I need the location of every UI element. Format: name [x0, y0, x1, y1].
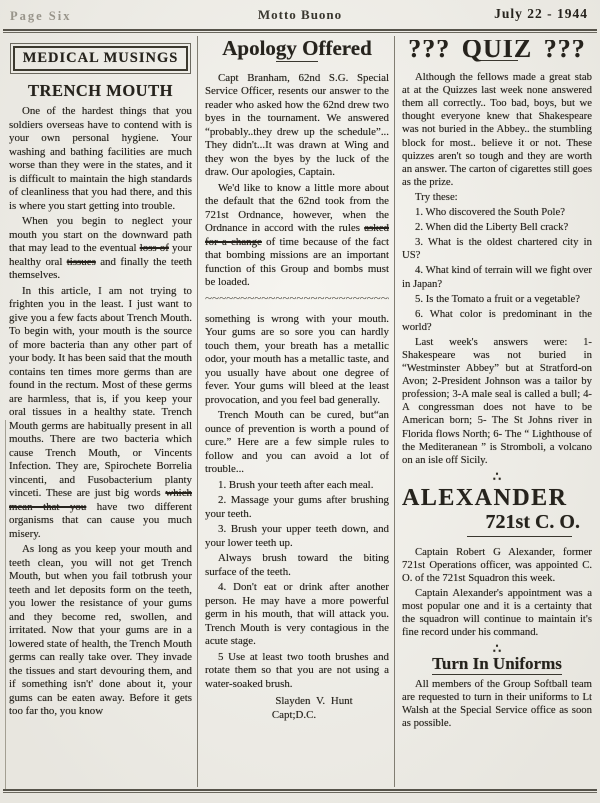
paragraph: 1. Who discovered the South Pole?	[402, 206, 592, 219]
paragraph: Trench Mouth can be cured, but“an ounce …	[205, 409, 389, 477]
newspaper-page: Page Six Motto Buono July 22 - 1944 MEDI…	[0, 0, 600, 803]
paragraph: 2. Massage your gums after brushing your…	[205, 494, 389, 521]
paragraph: 5. Is the Tomato a fruit or a vegetable?	[402, 293, 592, 306]
issue-date: July 22 - 1944	[494, 6, 588, 22]
paragraph: 4. Don't eat or drink after another pers…	[205, 581, 389, 649]
article-title: Apology Offered	[205, 42, 389, 56]
paragraph: Capt Branham, 62nd S.G. Special Service …	[205, 72, 389, 180]
paragraph: Captain Robert G Alexander, former 721st…	[402, 546, 592, 585]
paragraph: As long as you keep your mouth and teeth…	[9, 543, 192, 719]
footer-rule	[3, 789, 597, 793]
signature: Slayden V. HuntCapt;D.C.	[205, 695, 389, 722]
paragraph: Last week's answers were: 1-Shakespeare …	[402, 336, 592, 467]
section-title-box: MEDICAL MUSINGS	[13, 46, 188, 71]
paragraph: Always brush toward the biting surface o…	[205, 552, 389, 579]
column-divider	[394, 36, 395, 787]
paragraph: Try these:	[402, 191, 592, 204]
wavy-divider: ~~~~~~~~~~~~~~~~~~~~~~~~~~~~~~~~~~~~~~~~…	[205, 293, 389, 306]
paragraph: When you begin to neglect your mouth you…	[9, 215, 192, 283]
paragraph: Captain Alexander's appointment was a mo…	[402, 587, 592, 639]
paragraph: In this article, I am not trying to frig…	[9, 285, 192, 542]
article-subtitle: 721st C. O.	[402, 511, 592, 534]
column-divider	[197, 36, 198, 787]
paragraph: Although the fellows made a great stab a…	[402, 71, 592, 189]
heading-rule	[276, 61, 318, 62]
column-left: MEDICAL MUSINGSTRENCH MOUTHOne of the ha…	[9, 40, 192, 786]
paragraph: We'd like to know a little more about th…	[205, 182, 389, 290]
dots-ornament: ∴	[402, 470, 592, 483]
article-title: ALEXANDER	[402, 485, 592, 511]
header-rule	[3, 29, 597, 33]
page-edge-line	[5, 420, 6, 790]
article-title-text: Turn In Uniforms	[432, 654, 562, 675]
article-title: TRENCH MOUTH	[9, 84, 192, 98]
paragraph: 6. What color is predominant in the worl…	[402, 308, 592, 334]
paragraph: 4. What kind of terrain will we fight ov…	[402, 264, 592, 290]
paragraph: One of the hardest things that you soldi…	[9, 105, 192, 213]
paragraph: All members of the Group Softball team a…	[402, 678, 592, 730]
paragraph: 3. What is the oldest chartered city in …	[402, 236, 592, 262]
heading-rule	[467, 536, 572, 537]
paragraph: 1. Brush your teeth after each meal.	[205, 479, 389, 493]
paragraph: something is wrong with your mouth. Your…	[205, 313, 389, 408]
article-title: Turn In Uniforms	[402, 657, 592, 670]
column-right: ??? QUIZ ???Although the fellows made a …	[402, 40, 592, 786]
article-title: ??? QUIZ ???	[402, 42, 592, 55]
signature-name: Slayden V. Hunt	[205, 695, 389, 709]
column-middle: Apology OfferedCapt Branham, 62nd S.G. S…	[205, 40, 389, 786]
paragraph: 2. When did the Liberty Bell crack?	[402, 221, 592, 234]
paragraph: 5 Use at least two tooth brushes and rot…	[205, 651, 389, 692]
signature-rank: Capt;D.C.	[205, 709, 389, 723]
paragraph: 3. Brush your upper teeth down, and your…	[205, 523, 389, 550]
